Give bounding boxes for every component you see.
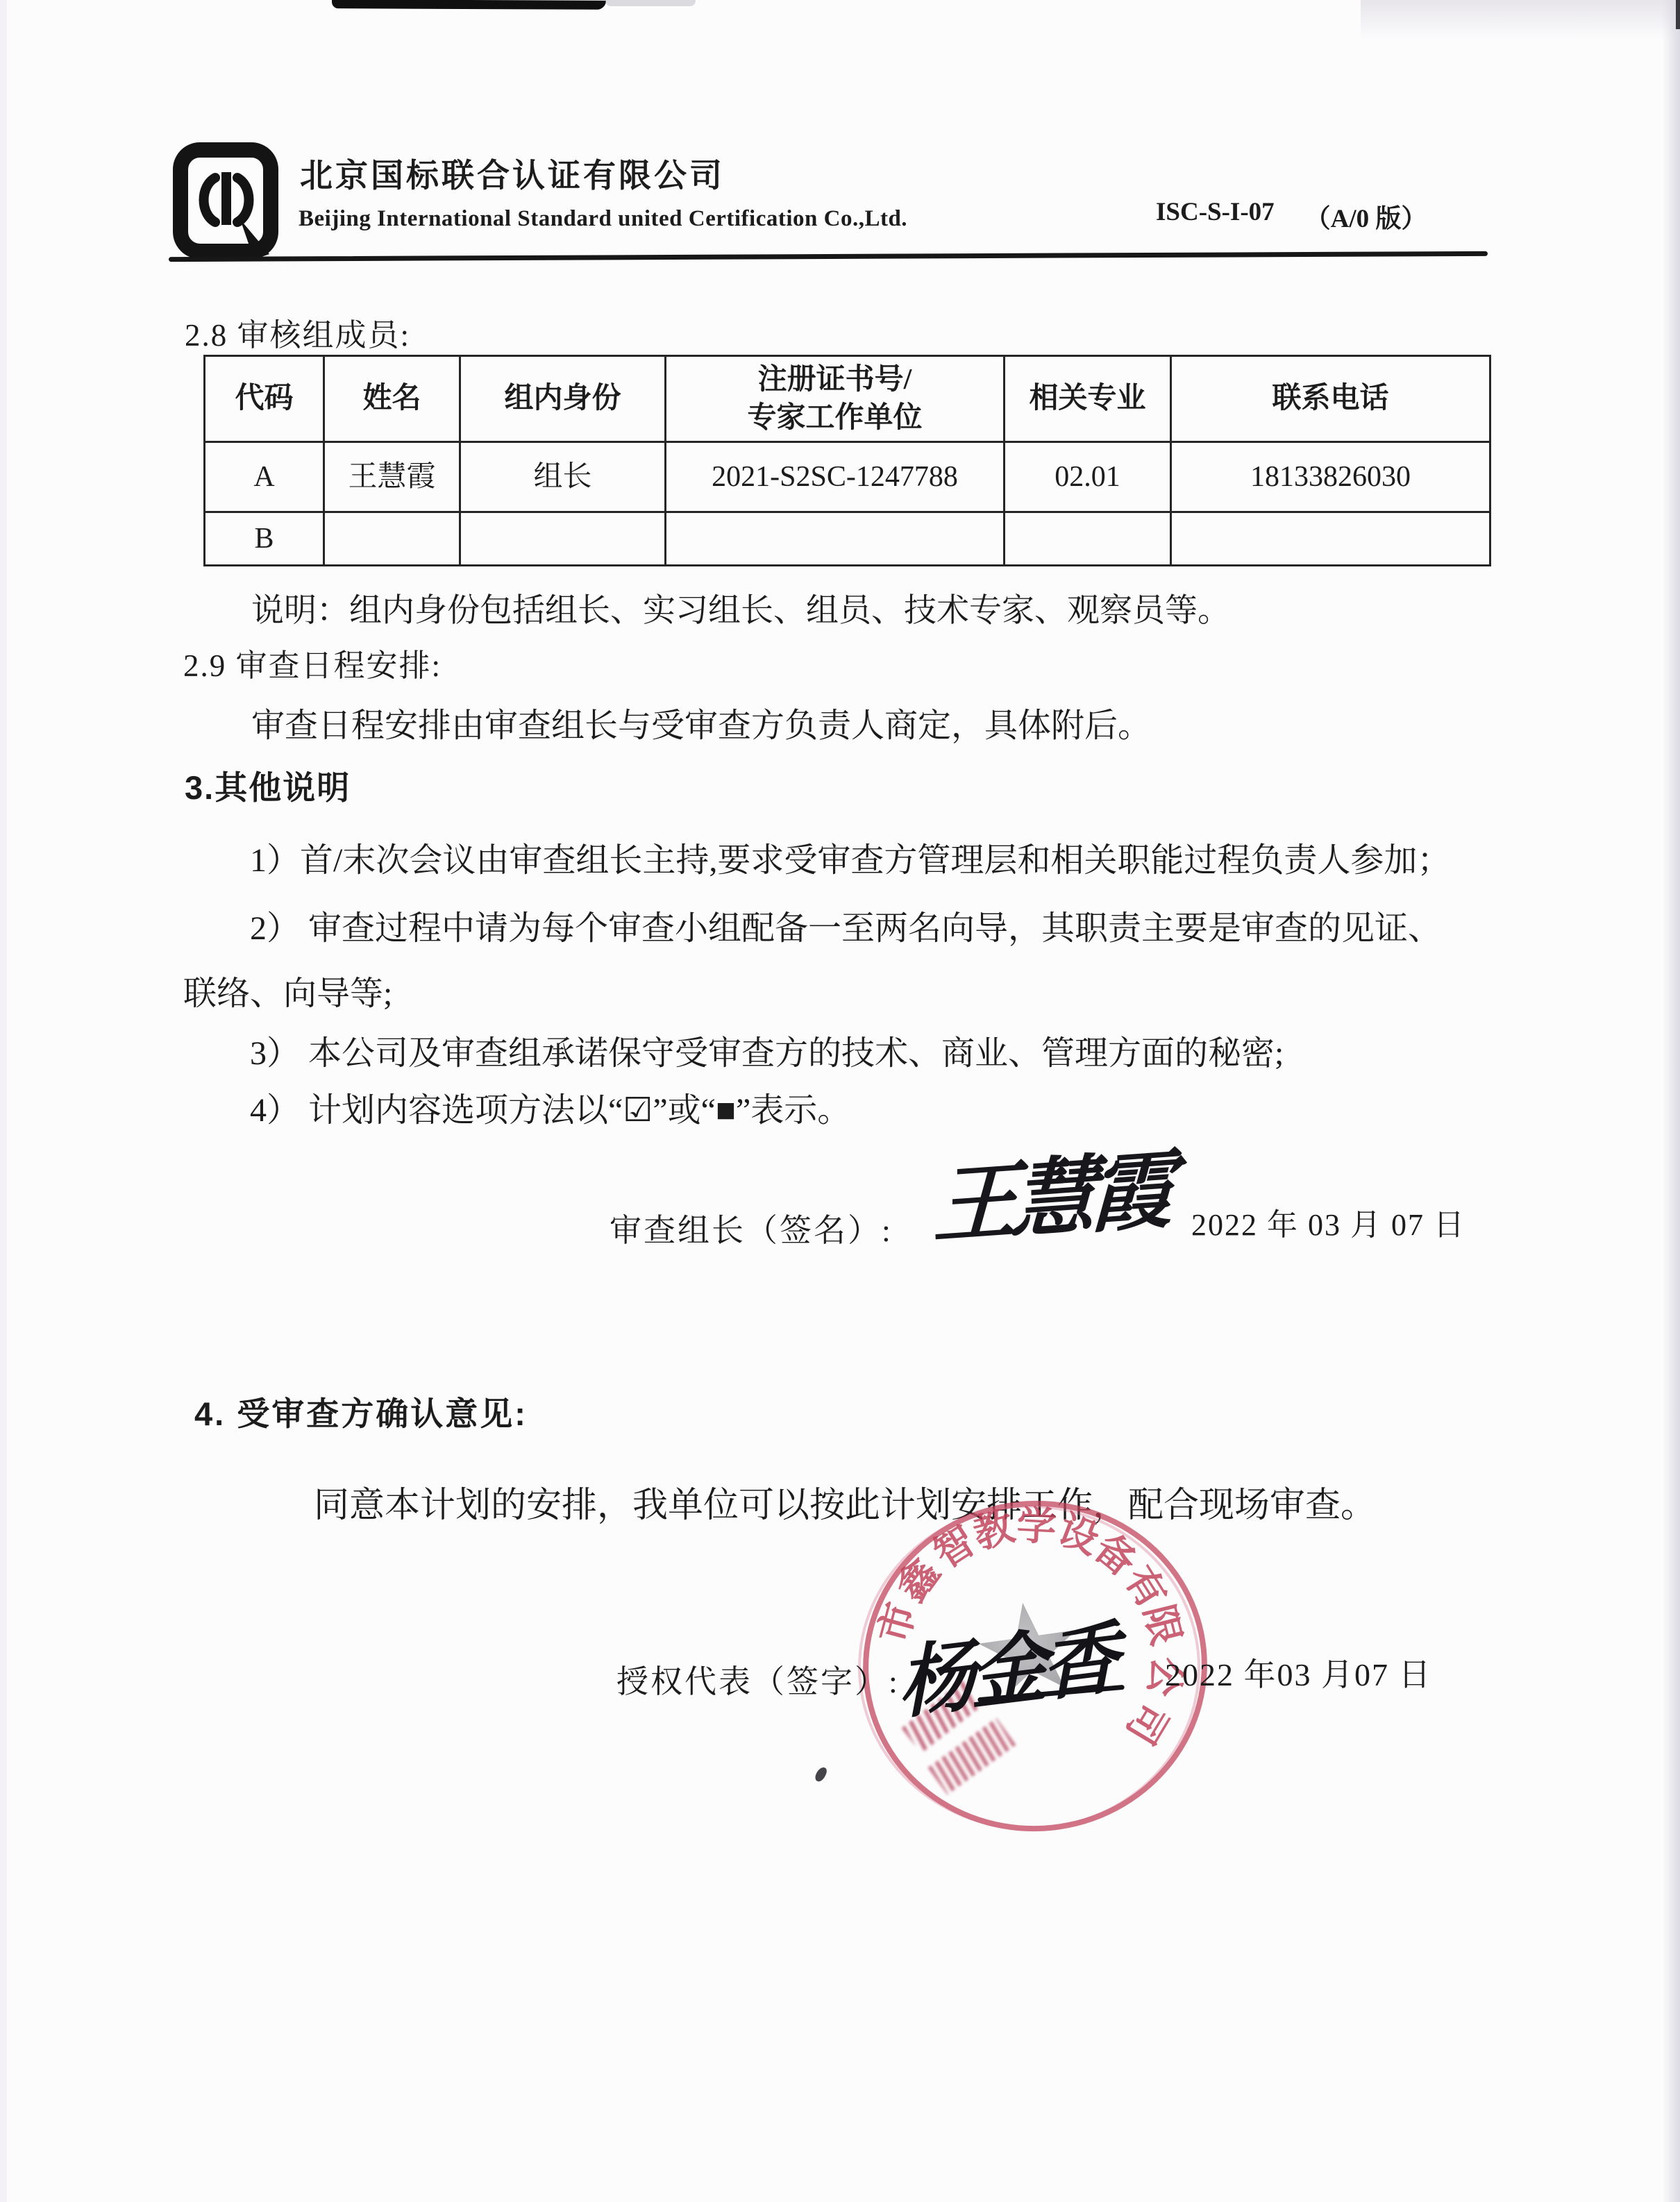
col-phone: 联系电话 (1171, 356, 1490, 442)
doc-edition: （A/0 版） (1305, 197, 1427, 235)
table-header-row: 代码 姓名 组内身份 注册证书号/ 专家工作单位 相关专业 联系电话 (205, 356, 1490, 442)
rep-signature-label: 授权代表（签字）: (616, 1656, 900, 1702)
section-4-heading: 4. 受审查方确认意见: (194, 1388, 528, 1435)
note-item-1: 1）首/末次会议由审查组长主持,要求受审查方管理层和相关职能过程负责人参加； (250, 833, 1450, 881)
scan-artifact-right-edge (1662, 0, 1680, 2202)
section-2-8-heading: 2.8 审核组成员: (185, 310, 410, 355)
company-name-cn: 北京国标联合认证有限公司 (300, 150, 725, 196)
table-row: B (205, 512, 1490, 566)
section-3-heading: 3.其他说明 (185, 762, 351, 809)
section-2-9-heading: 2.9 审查日程安排: (183, 640, 442, 685)
page: { "header": { "company_cn": "北京国标联合认证有限公… (0, 0, 1680, 2202)
header-rule (169, 251, 1488, 262)
leader-handwritten-signature: 王慧霞 (932, 1122, 1168, 1260)
col-major: 相关专业 (1005, 356, 1171, 442)
note-item-3: 3） 本公司及审查组承诺保守受审查方的技术、商业、管理方面的秘密; (250, 1026, 1284, 1074)
doc-code-row: ISC-S-I-07 （A/0 版） (1156, 197, 1427, 235)
audit-team-table: 代码 姓名 组内身份 注册证书号/ 专家工作单位 相关专业 联系电话 A 王慧霞… (203, 355, 1491, 566)
cell-phone (1171, 512, 1490, 566)
cell-phone: 18133826030 (1171, 442, 1490, 512)
scan-artifact-corner (1361, 0, 1680, 40)
doc-code: ISC-S-I-07 (1156, 197, 1275, 235)
cell-role: 组长 (460, 442, 666, 512)
leader-signature-label: 审查组长（签名）: (610, 1205, 893, 1251)
scan-artifact-top (332, 0, 606, 10)
cell-code: A (205, 442, 324, 512)
table-note: 说明：组内身份包括组长、实习组长、组员、技术专家、观察员等。 (251, 585, 1230, 631)
cell-cert (666, 512, 1005, 566)
scan-artifact-left-edge (0, 0, 7, 2202)
note-item-2-cont: 联络、向导等; (183, 966, 392, 1014)
section-2-9-body: 审查日程安排由审查组长与受审查方负责人商定，具体附后。 (251, 698, 1151, 746)
table-row: A 王慧霞 组长 2021-S2SC-1247788 02.01 1813382… (205, 442, 1490, 512)
note-item-2: 2） 审查过程中请为每个审查小组配备一至两名向导，其职责主要是审查的见证、 (250, 901, 1441, 949)
col-code: 代码 (205, 356, 324, 442)
leader-signature-date: 2022 年 03 月 07 日 (1191, 1200, 1465, 1244)
col-role: 组内身份 (460, 356, 666, 442)
cell-name: 王慧霞 (324, 442, 460, 512)
cell-major (1005, 512, 1171, 566)
cell-name (324, 512, 460, 566)
cell-code: B (205, 512, 324, 566)
rep-signature-date: 2022 年03 月07 日 (1165, 1649, 1432, 1695)
company-name-en: Beijing International Standard united Ce… (299, 206, 907, 232)
note-item-4: 4） 计划内容选项方法以“☑”或“■”表示。 (250, 1083, 850, 1131)
certification-logo-icon (172, 142, 285, 260)
scan-artifact-sliver (1676, 0, 1680, 29)
cell-cert: 2021-S2SC-1247788 (666, 442, 1005, 512)
col-name: 姓名 (324, 356, 460, 442)
company-logo (172, 142, 285, 260)
section-4-body: 同意本计划的安排，我单位可以按此计划安排工作，配合现场审查。 (314, 1476, 1376, 1527)
scan-artifact-smear (605, 0, 696, 6)
cell-major: 02.01 (1005, 442, 1171, 512)
col-cert: 注册证书号/ 专家工作单位 (666, 356, 1005, 442)
cell-role (460, 512, 666, 566)
stray-ink-mark (814, 1765, 828, 1783)
